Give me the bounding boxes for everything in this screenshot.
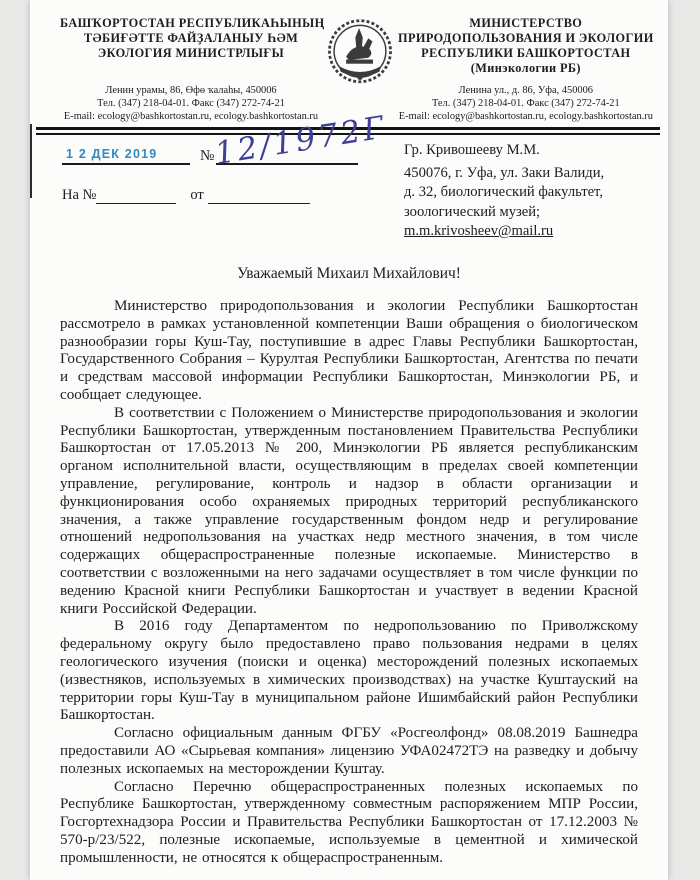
paragraph: В 2016 году Департаментом по недропользо… [60,618,638,725]
ministry-address-bashkir: Ленин урамы, 86, Өфө ҡалаһы, 450006 Тел.… [60,84,322,123]
number-label: № [200,148,214,164]
recipient-address-line: зоологический музей; [404,203,646,223]
bashkortostan-coat-of-arms-icon [322,17,398,91]
recipient-name: Гр. Кривошееву М.М. [404,141,646,161]
reply-to-label: На № [62,187,96,203]
ministry-address-russian: Ленина ул., д. 86, Уфа, 450006 Тел. (347… [398,84,654,123]
outgoing-number-row: 1 2 ДЕК 2019№12/1972Г [62,145,358,165]
address-line: E-mail: ecology@bashkortostan.ru, ecolog… [398,110,654,123]
letter-body: Министерство природопользования и эколог… [60,298,638,868]
letterhead-russian-column: МИНИСТЕРСТВО ПРИРОДОПОЛЬЗОВАНИЯ И ЭКОЛОГ… [398,16,654,123]
ministry-name-bashkir-line: ЭКОЛОГИЯ МИНИСТРЛЫҒЫ [60,46,322,61]
reply-number-blank [96,190,176,204]
ministry-short-name: (Минэкологии РБ) [398,61,654,76]
ministry-name-russian-line: ПРИРОДОПОЛЬЗОВАНИЯ И ЭКОЛОГИИ [398,31,654,46]
address-line: Ленин урамы, 86, Өфө ҡалаһы, 450006 [60,84,322,97]
ministry-name-russian-line: РЕСПУБЛИКИ БАШКОРТОСТАН [398,46,654,61]
letter-page: БАШҠОРТОСТАН РЕСПУБЛИКАҺЫНЫҢ ТӘБИҒӘТТЕ Ф… [30,0,668,880]
scan-edge-artifact [30,124,32,198]
scanned-letter-view: { "letter": { "header": { "emblem_icon":… [0,0,700,880]
reply-date-blank [208,190,310,204]
ministry-name-bashkir-line: БАШҠОРТОСТАН РЕСПУБЛИКАҺЫНЫҢ [60,16,322,31]
paragraph: Министерство природопользования и эколог… [60,298,638,405]
paragraph: Согласно Перечню общераспространенных по… [60,779,638,868]
address-line: E-mail: ecology@bashkortostan.ru, ecolog… [60,110,322,123]
registration-block: 1 2 ДЕК 2019№12/1972Г На №от Гр. Кривоше… [60,135,638,257]
reply-from-label: от [190,187,203,203]
paragraph: В соответствии с Положением о Министерст… [60,405,638,619]
recipient-address-line: д. 32, биологический факультет, [404,183,646,203]
ministry-name-bashkir-line: ТӘБИҒӘТТЕ ФАЙҘАЛАНЫУ ҺӘМ [60,31,322,46]
paragraph: Согласно официальным данным ФГБУ «Росгео… [60,725,638,778]
date-stamp: 1 2 ДЕК 2019 [62,147,190,165]
letterhead-bashkir-column: БАШҠОРТОСТАН РЕСПУБЛИКАҺЫНЫҢ ТӘБИҒӘТТЕ Ф… [60,16,322,123]
ministry-name-bashkir: БАШҠОРТОСТАН РЕСПУБЛИКАҺЫНЫҢ ТӘБИҒӘТТЕ Ф… [60,16,322,80]
address-line: Тел. (347) 218-04-01. Факс (347) 272-74-… [60,97,322,110]
salutation: Уважаемый Михаил Михайлович! [60,265,638,283]
incoming-reference-row: На №от [62,187,310,204]
recipient-email: m.m.krivosheev@mail.ru [404,222,646,242]
address-line: Ленина ул., д. 86, Уфа, 450006 [398,84,654,97]
outgoing-number-line: 12/1972Г [216,145,358,165]
recipient-address-line: 450076, г. Уфа, ул. Заки Валиди, [404,164,646,184]
ministry-name-russian: МИНИСТЕРСТВО ПРИРОДОПОЛЬЗОВАНИЯ И ЭКОЛОГ… [398,16,654,80]
ministry-name-russian-line: МИНИСТЕРСТВО [398,16,654,31]
recipient-block: Гр. Кривошееву М.М. 450076, г. Уфа, ул. … [404,141,646,242]
letterhead: БАШҠОРТОСТАН РЕСПУБЛИКАҺЫНЫҢ ТӘБИҒӘТТЕ Ф… [60,16,638,123]
address-line: Тел. (347) 218-04-01. Факс (347) 272-74-… [398,97,654,110]
